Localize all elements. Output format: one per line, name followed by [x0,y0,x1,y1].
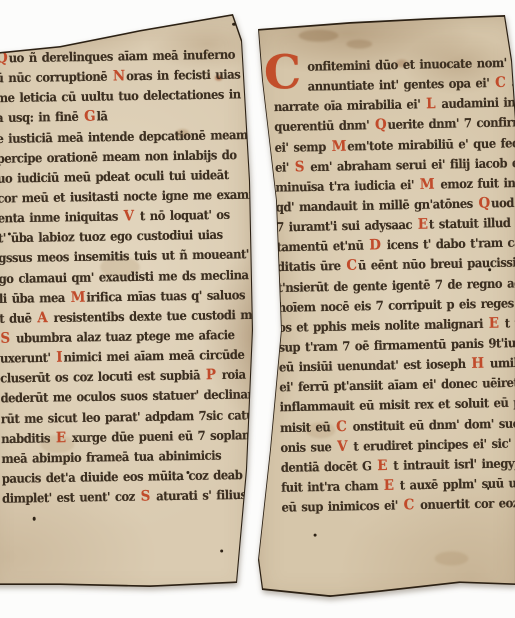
text-segment: resistentibs dexte tue custodi me [49,307,260,325]
text-line: dimplet' est uent' coz S aturati s' fili… [2,484,272,508]
text-segment: cluserūt os coz locuti est supbiā [0,368,205,386]
left-page-parchment: Quo ñ derelinques aīam meā inufernoū nūc… [0,8,257,604]
rubric-initial: C [345,257,358,274]
text-segment: cor meū et iusitasti nocte igne me exami [0,187,253,206]
rubric-initial: M [331,137,348,154]
text-segment: uod dispo [491,194,515,210]
text-segment: enta inme iniquitas [0,209,123,226]
text-segment: oras in fecisti uias [126,67,240,84]
left-page-text-block: Quo ñ derelinques aīam meā inufernoū nūc… [0,43,272,508]
right-page-text-block: onfitemini dūo et inuocate nom' ei' ſlaa… [273,51,515,517]
left-manuscript-page: Quo ñ derelinques aīam meā inufernoū nūc… [0,6,258,606]
text-segment: umiliauert' [485,354,515,370]
text-segment: t erudiret pincipes ei' sic' semetipm' [348,434,515,453]
text-segment: me leticia cū uultu tuo delectationes in [0,87,241,106]
text-segment: uo ñ derelinques aīam meā inuferno [9,47,236,65]
text-segment: t uoc [500,315,515,331]
right-manuscript-page: C onfitemini dūo et inuocate nom' ei' ſl… [250,8,515,608]
stain [435,552,469,566]
text-segment: ei' semp [275,138,331,154]
text-segment: t nō loquat' os [135,207,230,223]
text-segment: os et pphis meis nolite malignari [278,316,488,335]
speck [314,534,317,537]
text-segment: a usq: in finē [0,109,83,125]
rubric-initial: S [140,488,152,505]
text-segment: xurge dūe pueni eū 7 soplam [67,427,254,445]
rubric-initial: N [112,68,126,85]
text-segment: t' ūba labioz tuoz ego custodiui uias [0,227,223,245]
rubric-initial: S [0,330,11,347]
text-segment: ditatis ūre [277,258,346,274]
text-segment: sup t'ram 7 oē firmamentū panis 9t'iuit [278,335,515,355]
rubric-initial: M [70,288,87,305]
text-segment: 7 iuramt'i sui adysaac [276,217,417,235]
text-segment: gssus meos insemitis tuis ut ñ moueant' [0,247,249,266]
text-segment: e iusticiā meā intende depcationē meam· [0,127,251,146]
rubric-initial: E [488,314,500,331]
text-segment: uxerunt' [0,350,56,366]
right-page-parchment: C onfitemini dūo et inuocate nom' ei' ſl… [251,10,515,606]
text-segment: uo iudiciū meū pdeat oculi tui uideāt [0,167,229,186]
rubric-initial: E [376,457,388,474]
text-segment: querentiū dnm' [274,118,374,135]
rubric-initial: A [36,309,49,326]
text-segment: onis sue [280,439,336,455]
text-segment: t'nsierūt de gente igentē 7 de regno adp… [277,274,515,295]
text-segment: t statuit illud inpe [429,215,515,232]
rubric-initial: L [425,95,437,112]
text-segment: t auxē pplm' suū uehemen [395,474,515,492]
rubric-initial: Q [374,116,388,133]
text-segment: lā [96,109,107,124]
text-segment: annuntiate int' gentes opa ei' [308,75,495,93]
text-segment: tamentū et'nū [276,238,368,255]
text-segment: ei' ferrū pt'ansiit aīam ei' donec uēire… [279,374,515,394]
text-segment: meā abimpio frameā tua abinimicis [1,447,221,465]
text-segment: ubumbra alaz tuaz ptege me afacie [11,327,235,345]
text-segment: irifica mīas tuas q' saluos [86,287,245,304]
text-segment: inflammauit eū misit rex et soluit eū pi… [280,394,515,414]
text-segment: ei' [275,159,294,174]
stain [299,30,339,42]
text-segment: audamini innoīe [436,94,515,111]
text-segment: t intrauit isrl' inegyptū [388,455,515,473]
text-segment: nabditis [1,430,55,446]
text-segment: uerite dnm' 7 confirmamini [387,114,515,132]
rubric-initial: D [368,237,382,254]
text-segment: em'tote mirabiliū e' que fecit pdig [347,134,515,153]
text-segment: dimplet' est uent' coz [2,489,140,506]
text-segment: dederūt me oculos suos statuer' declinar… [0,387,260,406]
text-line: nabditis E xurge dūe pueni eū 7 soplam [1,424,271,448]
rubric-initial: I [55,349,63,366]
text-segment: rūt me sicut leo parat' adpdam 7sic catu… [1,407,261,426]
speck [220,550,223,553]
rubric-initial: C [494,74,507,91]
text-segment: emoz fuit inseculū t [435,174,515,191]
text-segment: paucis det'a diuide eos mūita coz deab [2,467,243,486]
text-segment: minuīsa t'ra iudicia ei' [275,177,419,195]
rubric-initial: V [123,208,136,225]
rubric-initial: P [205,366,217,383]
speck [263,179,266,182]
text-segment: fuit int'ra cham [281,478,383,495]
text-segment: icens t' dabo t'ram canaā [382,235,515,253]
text-segment: onstituit eū dnm' dom' sue 7 pin [348,414,515,433]
text-segment: ū nūc corruptionē [0,69,112,86]
rubric-initial: H [470,355,485,372]
text-segment: percipe orationē meam non inlabijs do [0,147,237,166]
text-segment: t duē [0,310,37,325]
text-segment: eū insiūi uenundat' est ioseph [279,356,471,375]
text-segment: em' abraham serui ei' filij iacob electi… [305,154,515,174]
rubric-initial: C [403,496,416,513]
text-segment: li ūba mea [0,290,70,306]
speck [33,517,36,521]
rubric-initial: M [419,176,436,193]
text-segment: narrate oīa mirabilia ei' [274,97,426,115]
text-segment: aturati s' filius 7 [151,487,259,504]
text-segment: ū eēnt nūo breui paucissimi 7 [358,255,515,273]
rubric-initial: C [335,417,348,434]
rubric-initial: G [83,108,97,125]
rubric-initial: E [383,477,395,494]
text-segment: hoīem nocē eis 7 corripuit p eis reges [278,295,515,315]
text-segment: roia [217,367,246,382]
stain [346,40,372,49]
ruling-line [0,19,189,33]
rubric-initial: E [417,216,429,233]
manuscript-photo: { "colors": { "background": "#fcfcfb", "… [0,0,515,618]
rubric-initial: V [336,438,349,455]
text-segment: qd' mandauit in millē gn'atōnes [276,196,478,215]
text-segment: onuertit cor eoz ut od [415,495,515,513]
text-segment: nimici mei aīam meā circūde [63,347,244,365]
rubric-initial: Q [477,194,491,211]
text-segment: go clamaui qm' exaudisti me ds meclina a… [0,266,268,285]
rubric-initial: E [55,429,67,446]
text-segment: onfitemini dūo et inuocate nom' ei' ſla [307,54,515,73]
text-segment: misit eū [280,419,335,435]
text-segment: dentiā docēt G [281,458,377,475]
text-segment: eū sup inimicos ei' [281,498,402,515]
rubric-initial: S [294,158,306,175]
